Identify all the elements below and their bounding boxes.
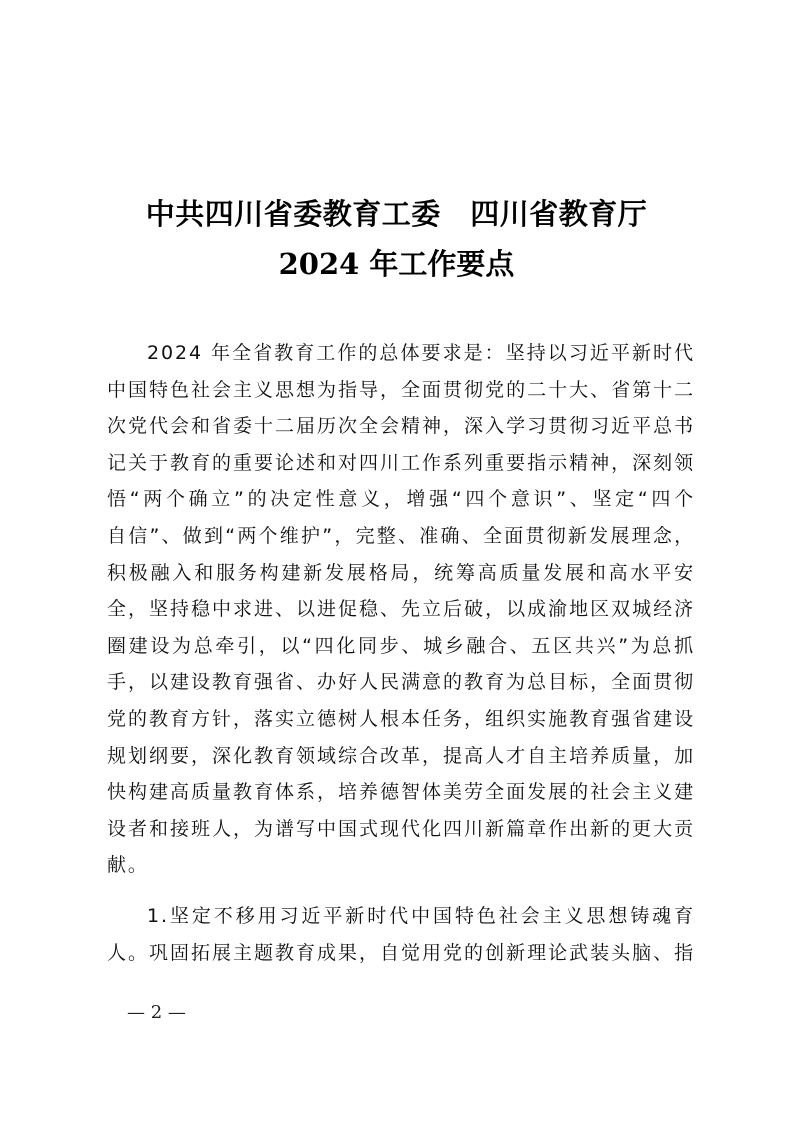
- paragraph-general-requirements: 2024 年全省教育工作的总体要求是：坚持以习近平新时代 中国特色社会主义思想为…: [107, 335, 695, 884]
- paragraph-line: 圈建设为总牵引，以“四化同步、城乡融合、五区共兴”为总抓: [107, 628, 695, 665]
- paragraph-line: 献。: [107, 847, 695, 884]
- paragraph-line: 全，坚持稳中求进、以进促稳、先立后破，以成渝地区双城经济: [107, 591, 695, 628]
- paragraph-line: 手，以建设教育强省、办好人民满意的教育为总目标，全面贯彻: [107, 664, 695, 701]
- paragraph-line: 党的教育方针，落实立德树人根本任务，组织实施教育强省建设: [107, 701, 695, 738]
- paragraph-line: 中国特色社会主义思想为指导，全面贯彻党的二十大、省第十二: [107, 372, 695, 409]
- document-page: 中共四川省委教育工委 四川省教育厅 2024 年工作要点 2024 年全省教育工…: [0, 0, 793, 1122]
- paragraph-line: 快构建高质量教育体系，培养德智体美劳全面发展的社会主义建: [107, 774, 695, 811]
- document-title-line-2: 2024 年工作要点: [0, 246, 793, 282]
- paragraph-line: 次党代会和省委十二届历次全会精神，深入学习贯彻习近平总书: [107, 408, 695, 445]
- page-number: — 2 —: [127, 1001, 186, 1025]
- document-body: 2024 年全省教育工作的总体要求是：坚持以习近平新时代 中国特色社会主义思想为…: [107, 335, 695, 971]
- paragraph-line: 人。巩固拓展主题教育成果，自觉用党的创新理论武装头脑、指: [107, 935, 695, 972]
- section-heading-line: 1.坚定不移用习近平新时代中国特色社会主义思想铸魂育: [107, 898, 695, 935]
- paragraph-section-1: 1.坚定不移用习近平新时代中国特色社会主义思想铸魂育 人。巩固拓展主题教育成果，…: [107, 898, 695, 971]
- paragraph-line: 规划纲要，深化教育领域综合改革，提高人才自主培养质量，加: [107, 738, 695, 775]
- document-title-line-1: 中共四川省委教育工委 四川省教育厅: [0, 196, 793, 232]
- paragraph-line: 积极融入和服务构建新发展格局，统筹高质量发展和高水平安: [107, 555, 695, 592]
- paragraph-line: 自信”、做到“两个维护”，完整、准确、全面贯彻新发展理念，: [107, 518, 695, 555]
- paragraph-line: 悟“两个确立”的决定性意义，增强“四个意识”、坚定“四个: [107, 481, 695, 518]
- paragraph-line: 记关于教育的重要论述和对四川工作系列重要指示精神，深刻领: [107, 445, 695, 482]
- paragraph-line: 2024 年全省教育工作的总体要求是：坚持以习近平新时代: [107, 335, 695, 372]
- paragraph-spacer: [107, 884, 695, 898]
- paragraph-line: 设者和接班人，为谱写中国式现代化四川新篇章作出新的更大贡: [107, 811, 695, 848]
